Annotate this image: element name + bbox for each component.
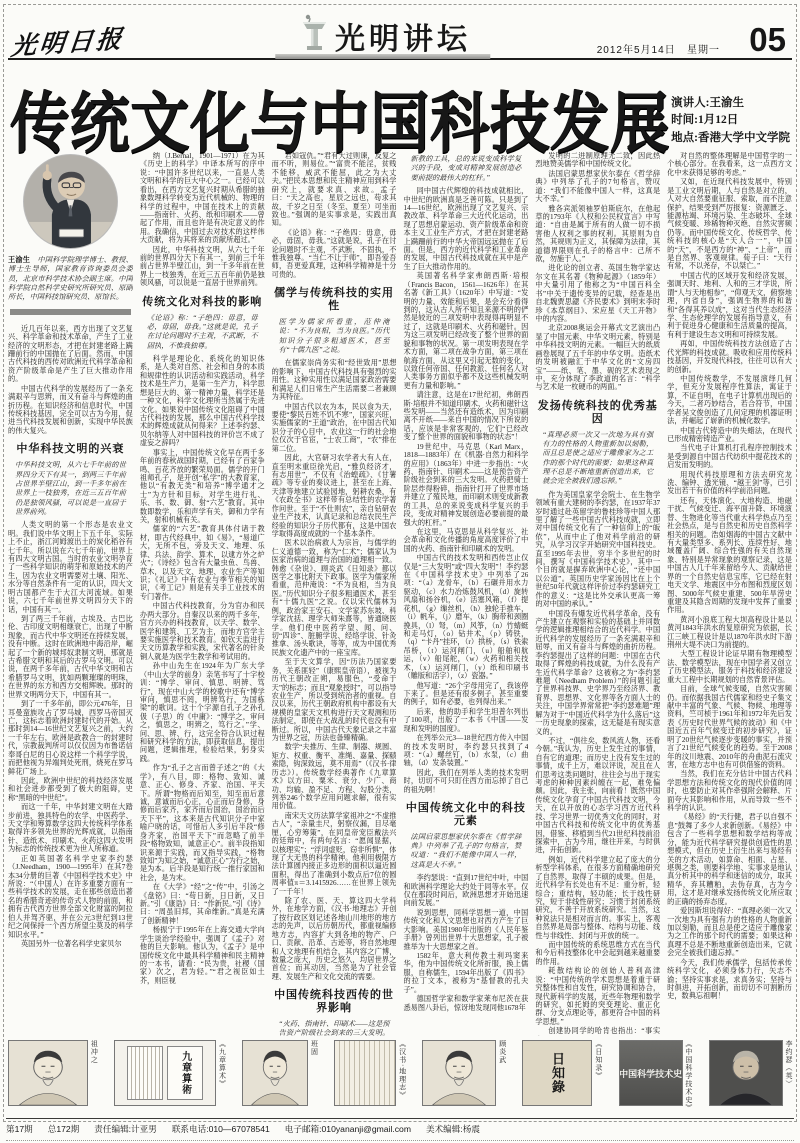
paragraph: 人类文明的第一个形态是农业文明。我们说中华文明上下五千年，实际上不止，浙江河姆渡…: [8, 521, 133, 614]
speaker-photo: [23, 154, 118, 249]
paragraph: 今天，我们传承儒学，包括传承传统科学文化，必须身体力行，矢志不渝；坚持实事求是，…: [667, 959, 792, 1001]
paragraph: 他写道：“26个字母用完了，我该停下来了。但是还有很多例子，甚至重要的例子，如有…: [403, 682, 528, 707]
newspaper-page: 光明日报 光明讲坛 2012年5月14日 星期一 05: [0, 0, 800, 1143]
paragraph: 再如，中国传统科技方法创造了古代光辉的科技成就。吸收和应用传统科技基因，开发现代…: [667, 340, 792, 374]
paragraph: 英国另外一位著名科学史家贝尔: [8, 940, 133, 948]
book-image: 中国科学技术史: [619, 1040, 683, 1106]
paragraph: 中国传统数学，不发展演绎几何学，但充分发展程序性算法，寓证于算，不证自明，在电子…: [667, 375, 792, 426]
paragraph: 不过，“俱往矣，数风流人物，还看今朝。”我认为，历史上发生过的事情，自有它的道理…: [535, 737, 660, 855]
paragraph: 当然，我们在充分估计中国古代科学思想方法和传统文化的现代价值的同时，也要防止对其…: [667, 770, 792, 812]
paragraph: 君如寇仇。”“君有大过则谏，反复之而不听，则易位。”“富贵不能淫，贫贱不能移，威…: [272, 152, 397, 228]
paragraph: 发明的二进制原理无二致，因此热烈地赞美儒学和中国传统文化。: [535, 152, 660, 169]
book-image: 日知錄: [522, 1040, 592, 1106]
photo-strip: 祖冲之九章算術《九章算术》 班固《汉书·地理志》 顾炎武日知錄《日知录》中国科学…: [8, 1040, 792, 1112]
dateline: 2012年5月14日 星期一: [597, 41, 720, 56]
strip-item: 祖冲之: [8, 1040, 97, 1106]
article-columns: 王渝生 中国科学院理学博士、教授、博士生导师，国家教育咨询委员会委员，北京市科学…: [8, 152, 792, 1036]
lead-quote: 中华科技文明，从六七千年前的世界四分天下有其一，到两三千年前占世界半壁江山，到一…: [15, 461, 126, 517]
art-editor-credit: 美术编辑:杨震: [426, 1123, 480, 1135]
paragraph: 德国哲学家和数学家莱布尼茨在获悉易图八卦后，惊讶地发现同他1678年: [403, 995, 528, 1012]
column-2: 纳（J.Bernal，1901—1971）在为其《历史上的科学》中译本所写的序中…: [140, 152, 265, 1036]
column-4: 新教的工具，总的来说变成科学复兴的手段，变成对精神发展创造必要前提的最伟大的杠杆…: [403, 152, 528, 1036]
issue-number: 第17期: [6, 1123, 33, 1135]
paragraph: 作为美国皇家学会院士、在生物学领域有重大建树的李约瑟，在1937年37岁时通过赴…: [535, 491, 660, 609]
title-block: 传统文化与中国科技发展 演讲人:王渝生 时间:1月12日 地点:香港大学中文学院: [8, 60, 792, 148]
divider-bar: [10, 309, 131, 315]
lead-quote: 新教的工具，总的来说变成科学复兴的手段，变成对精神发展创造必要前提的最伟大的杠杆…: [410, 155, 521, 183]
book-title-panel: 九章算術: [167, 1046, 203, 1100]
section-header: 儒学与传统科技的实用性: [272, 287, 397, 313]
strip-item: 中国科学技术史《中国科学技术史》: [619, 1040, 692, 1112]
paragraph: 作为“孔子之言而曾子述之”的《大学》，有八目，即：格物、致知、诚意、正心、修身、…: [140, 764, 265, 882]
column-3: 君如寇仇。”“君有大过则谏，反复之而不听，则易位。”“富贵不能淫，贫贱不能移，威…: [272, 152, 397, 1036]
paragraph: 耗散结构论的创始人普利高津说：“中国传统的学术思想是着重于研究整体性和自发性，研…: [535, 967, 660, 1026]
masthead: 光明日报 光明讲坛 2012年5月14日 星期一 05: [8, 7, 792, 60]
section-header: 发扬传统科技的优秀基因: [535, 400, 660, 426]
paragraph: 法国启蒙思想家伏尔泰在《哲学辞典》中列举了孔子的7句格言，赞叹道：“我们不能像中…: [535, 170, 660, 204]
speaker-bio: 王渝生 中国科学院理学博士、教授、博士生导师，国家教育咨询委员会委员，北京市科学…: [8, 256, 133, 303]
image-caption: 李约瑟（英）: [785, 1040, 792, 1088]
contact-email: 电子邮箱:010yananji@gmail.com: [285, 1123, 411, 1135]
paragraph: 用现代科技原理和方法去研究龙洗、编钟、透光镜、“越王剑”等，已引发出若干有价值的…: [667, 471, 792, 496]
portrait-image: [422, 1040, 496, 1106]
paragraph: 黄河小浪底工程大坝高程设计是以黄河1843年洪水的复原研究为依据，长江三峡工程设…: [667, 616, 792, 650]
paragraph: 目前，全球气候变暖，自然灾害频仍。而依据我国古代儒家和经史子集文献中丰富的气象、…: [667, 685, 792, 769]
speaker-line: 演讲人:王渝生: [671, 95, 790, 113]
paper-logo: 光明日报: [10, 19, 127, 63]
paragraph: 在这里，马克思是从科学复兴、社会革命和文化传播的角度高度评价了中国的火药、指南针…: [403, 528, 528, 553]
paragraph: 数学“夫推历、生律、制器、规圆、矩方、权重、衡平、准绳、嘉量、探赜索隐，钩深致远…: [272, 743, 397, 810]
paragraph: 因此，欧洲中世纪的科技经济发展和社会进步都受到了极大的阻碍，史称“黑暗的中世纪”…: [8, 777, 133, 802]
paragraph: 中国古代的区域开发和经济发展，强调天时、地利、人和的三才学说，所谓“人与天地相参…: [667, 272, 792, 339]
paragraph: 中国古代的技术发明和西传岂止仅仅是“三大发明”或“四大发明”！李约瑟在《中国科学…: [403, 554, 528, 680]
paragraph: 儒家的“六艺”教育具体付诸于教材，即古代经典中，如《易》，“易道广大，无所不包，…: [140, 525, 265, 601]
page-number: 05: [749, 21, 786, 59]
strip-item: 顾炎武: [422, 1040, 505, 1106]
section-header: 传统文化对科技的影响: [140, 296, 265, 309]
paragraph: 对自然的整体理解是中国哲学的一个核心部分。在我看来，这一点西方文化中未获得足够的…: [667, 152, 792, 177]
paragraph: 而中国传统的系统思维方式在当代和今后科技整体化中会起到越来越重要的作用。: [535, 941, 660, 966]
footer: 第17期 总172期 责任编辑:计亚男 联系电话:010—67078541 电子…: [6, 1118, 794, 1141]
time-line: 时间:1月12日: [671, 112, 790, 130]
image-caption: 《日知录》: [594, 1040, 601, 1080]
paragraph: 科学是理论化、系统化的知识体系，是人类对自然、社会和自身的本质和规律性的认识活动…: [140, 355, 265, 448]
paragraph: 请注意，这是在17世纪初，弗朗西斯·培根并不知道印刷术、火药和磁针这些发明——当…: [403, 391, 528, 442]
portrait-image: [8, 1040, 88, 1106]
paragraph: 《易经》的“天行健，君子以自强不息”鼓舞了多少人求新创新。《易经》中包含了一些科…: [667, 813, 792, 906]
forum-title-group: 光明讲坛: [302, 13, 471, 58]
paragraph: 医术以治病救人为宗旨，与儒学的仁义道德一致，称为“仁术”；儒家认为医家治病的道理…: [272, 539, 397, 657]
paragraph: 进化论的创立者、英国生物学家达尔文在其名著《物种起源》（1859年）中大量引用了…: [535, 264, 660, 323]
portrait-image: [709, 1040, 783, 1106]
paragraph: 中国古代科学的发展经历了一条充满艰辛与思辨，而又有奋斗与辉煌的曲折历程。在知识经…: [8, 385, 133, 436]
paragraph: 中国没有爆发近代科学革命，没有产生建立在观察和实验的基础上并同数学的逻辑推理相结…: [535, 610, 660, 736]
paragraph: 在《大学》“经”之“传”中，引汤之《盘铭》曰：“苟日新，日日新，又日新。”引《康…: [140, 883, 265, 925]
speaker-name: 王渝生: [8, 256, 30, 264]
paragraph: 大型工程设计论证早期有物理模型法、数学模型法，现在中国学者又创立了历史模型法，服…: [667, 650, 792, 684]
paragraph: 在儒家崇尚务实和“经世致用”思想的影响下，中国古代科技具有强烈的实用性。这种实用…: [272, 359, 397, 401]
date: 2012年5月14日: [597, 45, 676, 56]
column-1: 王渝生 中国科学院理学博士、教授、博士生导师，国家教育咨询委员会委员，北京市科学…: [8, 152, 133, 1036]
paragraph: 南宋天文历法算学家祖冲之“不虚推古人”，“亲量圭尺，躬察仪漏，目尽毫厘，心穷筹策…: [272, 812, 397, 896]
paragraph: 同中国古代辉煌的科技成就相比，中世纪的欧洲真是乏善可陈。只是到了14—16世纪，…: [403, 187, 528, 271]
image-caption: 《中国科学技术史》: [685, 1040, 692, 1112]
paragraph: 当代电子计算机打孔程序控制技术是受到源自中国古代纺织中提花技术的启发而发明的。: [667, 444, 792, 469]
portrait-image: [242, 1040, 308, 1106]
paragraph: 因此，大官研习农学者大有人在，直至明末重臣徐光启，“雅负经济才，有志用世”，不仅…: [272, 454, 397, 538]
paragraph: 正如英国著名科学史家李约瑟（J.Needham，1900—1995年）在其7卷本…: [8, 855, 133, 939]
paragraph: 纳（J.Bernal，1901—1971）在为其《历史上的科学》中译本所写的序中…: [140, 152, 265, 245]
paragraph: 近几百年以来，西方出现了文艺复兴、科学革命和技术革命，产生了工业经济的文明形态，…: [8, 325, 133, 384]
podium-icon: [302, 13, 327, 58]
editor-credit: 责任编辑:计亚男: [94, 1123, 157, 1135]
image-caption: 顾炎武: [498, 1040, 505, 1064]
paragraph: 又如，在近现代科技发展中，特别是工业文明后期，人与自然是对立的，人对大自然要重征…: [667, 178, 792, 271]
lead-quote: “火药、指南针、印刷术——这是预告资产阶级社会到来的三大发明。火药把骑士阶层炸得…: [279, 1020, 390, 1036]
lead-quote: “真理必须一次又一次地为具有强有力的性格的人物重新加以刻勒，而且总是使之适应于雕…: [542, 431, 653, 487]
paragraph: 爱因斯坦说得好：“真理必须一次又一次地为具有强有力的性格的人物重新加以刻勒，而且…: [667, 907, 792, 958]
paragraph: 中国古代科技教育，分为官办和民办两大部分。自秦汉以来的两千多年，官方兴办的科技教…: [140, 602, 265, 661]
section-header: 中国传统文化中的科技元素: [403, 802, 528, 828]
paragraph: 还有，天体演化、大地构造、地磁干扰、气候变迁、海平面升降、环境演替、生物进化等当…: [667, 497, 792, 615]
book-page-panel: [127, 1046, 163, 1100]
paragraph: 1582年，意大利传教士利玛窦来华，他为中国传统文化所折服，换上儒服，自称儒生，…: [403, 952, 528, 994]
paragraph: 创建协同学的哈肯也指出：“事实上，: [535, 1027, 660, 1036]
paragraph: 李约瑟说：“直到17世纪中叶，中国和欧洲科学理论大约处于同等水平。仅仅在那段时间…: [403, 874, 528, 908]
column-5: 发明的二进制原理无二致，因此热烈地赞美儒学和中国传统文化。法国启蒙思想家伏尔泰在…: [535, 152, 660, 1036]
paragraph: 在列举公元3—18世纪西方传入中国的技术发明时，李约瑟只找到了4项：“（a）螺丝…: [403, 734, 528, 768]
image-caption: 祖冲之: [90, 1040, 97, 1064]
book-image: 九章算術: [114, 1040, 216, 1106]
strip-item: 李约瑟（英）: [709, 1040, 792, 1106]
image-caption: 《汉书·地理志》: [398, 1040, 405, 1099]
lead-quote: 《论语》称：“子绝四：毋意，毋必，毋固，毋我。”这就是说，孔子在讨论问题时不主观…: [147, 314, 258, 351]
paragraph: 北京2008奥运会开幕式文艺演出凸显了中国元素、中华文明元素，特别是中华科技文明…: [535, 324, 660, 391]
strip-item: 九章算術《九章算术》: [114, 1040, 225, 1106]
paragraph: 说到思想，同科学思想一道，中国传统文化和人文思想也对西方产生了巨大影响。美国19…: [403, 909, 528, 951]
forum-name: 光明讲坛: [335, 14, 471, 58]
total-issue-number: 总172期: [48, 1123, 80, 1135]
book-image: [334, 1040, 396, 1106]
strip-item: 《汉书·地理志》: [334, 1040, 405, 1106]
paragraph: 后来，他的助手和学生坦普尔列出了100项，出版了一本书《中国——发现和发明的国度…: [403, 708, 528, 733]
weekday: 星期一: [687, 45, 720, 56]
paragraph: 英国著名科学家弗朗西斯·培根（Francis Bacon，1561—1626年）…: [403, 272, 528, 390]
paragraph: 雅各宾派领袖罗伯斯庇尔，在他起草的1793年《人权和公民权宣言》中写道：“自由是…: [535, 205, 660, 264]
section-header: 中国传统科技西传的世界影响: [272, 989, 397, 1015]
image-caption: 班固: [310, 1040, 317, 1056]
paragraph: 杨振宁于1995年在上海交通大学向学生谈治学经验中，强调了《孟子》对他的巨大影响…: [140, 926, 265, 985]
venue-line: 地点:香港大学中文学院: [671, 130, 790, 148]
lead-quote: 法国启蒙思想家伏尔泰在《哲学辞典》中列举了孔子的7句格言，赞叹道：“我们不能像中…: [410, 833, 521, 870]
paragraph: 中国古代铸造中的失蜡法，在现代已形成精密铸造产业。: [667, 427, 792, 444]
paragraph: 中国古代以农为本，民以食为天，要使“黎民百姓不饥不寒”，国家兴旺，实施儒家的“王…: [272, 403, 397, 454]
section-header: 中华科技文明的兴衰: [8, 443, 133, 456]
lecture-meta: 演讲人:王渝生 时间:1月12日 地点:香港大学中文学院: [671, 95, 790, 148]
paragraph: 事实上，中国传统文化早在两千多年前的春秋战国时期，已经有了百家争鸣、百花齐放的繁…: [140, 449, 265, 525]
paragraph: 孙中山先生在1924年为广东大学（中山大学的前身）亲笔书写了十字校训：“博学、审…: [140, 662, 265, 763]
contact-phone: 联系电话:010—67078541: [172, 1123, 270, 1135]
forum-underline-bar: [275, 54, 490, 59]
paragraph: 19世纪中，马克思（Karl Marx，1818—1883年）在《机器·自然力和…: [403, 443, 528, 527]
paragraph: 《论语》称：“子绝四：毋意，毋必，毋固，毋我。”这就是说，孔子在讨论问题时不主观…: [272, 229, 397, 280]
image-caption: 《九章算术》: [218, 1040, 225, 1088]
lead-quote: 医学为儒家所看重，范仲淹说：“不为良相，当为良医。”历代知识分子很多粗通医术，甚…: [279, 318, 390, 355]
paragraph: 除了农、医、天、算这四大学科外，在地学方面，《汉书·地理志》开创了按行政区划记述…: [272, 897, 397, 981]
paragraph: 例如，近代科学建立起了庞大的分析型学科体系，在很多方面精确地研究了自然界，取得了…: [535, 856, 660, 940]
paragraph: 至于天文算学，因“历法乃国家要务，关系匪轻”（康熙皇帝语），被视为历代王朝改正朔…: [272, 658, 397, 742]
paragraph: 而这一千年，中华封建文明在大踏步前进，独具特色的农学、中医药学、天文学和筹算数学…: [8, 803, 133, 854]
paragraph: 到了一千多年前，即公元476年，日耳曼蛮族攻占了罗马城，西罗马帝国灭亡，这标志着…: [8, 700, 133, 776]
strip-item: 日知錄《日知录》: [522, 1040, 601, 1106]
paragraph: 到了两三千年前，古埃及、古巴比伦、古印度文明相继衰亡，出现了中断现象，而古代中华…: [8, 615, 133, 699]
paragraph: 因此，我们在列举人类的技术发明时，切切不可只盯住西方而忘掉了自己的祖先啊！: [403, 769, 528, 794]
paragraph: 因此，中华科技文明，从六七千年前的世界四分天下有其一，到前三千年前占世界半壁江山…: [140, 246, 265, 288]
strip-item: 班固: [242, 1040, 317, 1106]
column-6: 对自然的整体理解是中国哲学的一个核心部分。在我看来，这一点西方文化中未获得足够的…: [667, 152, 792, 1036]
